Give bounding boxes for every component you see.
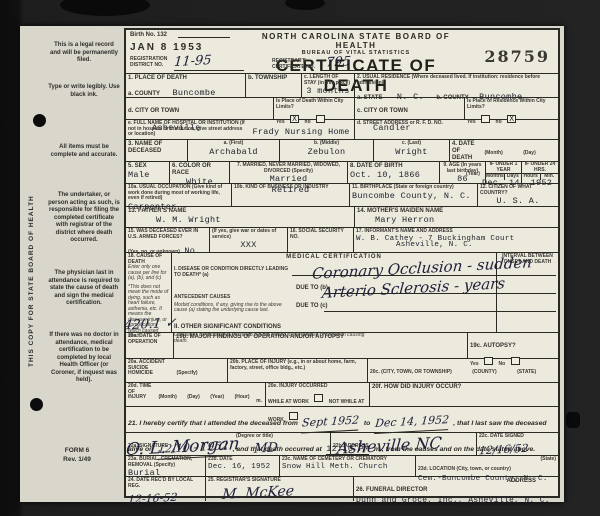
marital-value: Married xyxy=(232,174,345,184)
min-label: Min. xyxy=(541,174,559,180)
place-of-injury-label: 20b. PLACE OF INJURY (e.g., in or about … xyxy=(230,360,365,371)
injury-time-row: 20d. TIME OF INJURY (Month) (Day) (Year)… xyxy=(126,383,558,407)
other-conditions-label: II. OTHER SIGNIFICANT CONDITIONS xyxy=(174,324,281,330)
margin-note-type: Type or write legibly. Use black ink. xyxy=(48,84,120,99)
margin-note-physician: The physician last in attendance is requ… xyxy=(48,270,120,308)
residence-city-limits-label: Is Place of Residence Within City Limits… xyxy=(467,99,556,110)
mother-name-value: Mary Herron xyxy=(375,215,556,225)
township-label: b. TOWNSHIP xyxy=(248,75,299,82)
name-of-deceased-label: 3. NAME OF DECEASED xyxy=(128,141,185,155)
birth-no: Birth No. 132 xyxy=(130,32,167,39)
county-value: Buncombe xyxy=(172,88,215,98)
toi-m: m. xyxy=(256,399,262,405)
funeral-director-label: 26. FUNERAL DIRECTOR xyxy=(356,487,427,493)
margin-vertical-text: THIS COPY FOR STATE BOARD OF HEALTH xyxy=(28,156,40,406)
date-recd-value: 12-16-52 xyxy=(127,491,178,507)
days-label: Days xyxy=(505,174,521,180)
certify-from-date: Sept 1952 xyxy=(302,411,361,433)
how-injury-label: 20f. HOW DID INJURY OCCUR? xyxy=(372,384,556,391)
death-city-limits-label: Is Place of Death Within City Limits? xyxy=(276,99,352,110)
burial-row: 23a. BURIAL, CREMATION, REMOVAL (Specify… xyxy=(126,456,558,477)
antecedent-sub: Morbid conditions, if any, giving rise t… xyxy=(174,303,294,314)
citizen-value: U. S. A. xyxy=(480,196,556,206)
margin-note-complete: All items must be complete and accurate. xyxy=(48,144,120,159)
date-signed-label: 22c. DATE SIGNED xyxy=(479,434,556,440)
location-label: 23d. LOCATION (City, town, or country) xyxy=(418,466,511,472)
certificate-sheet: THIS COPY FOR STATE BOARD OF HEALTH This… xyxy=(20,26,564,502)
sex-label: 5. SEX xyxy=(128,163,167,170)
age-label: 9. AGE (In years last birthday) xyxy=(442,163,483,174)
place-of-death-label: 1. PLACE OF DEATH xyxy=(128,75,243,82)
date-of-birth-value: Oct. 10, 1866 xyxy=(350,170,437,180)
place-of-death-half: 1. PLACE OF DEATH a. COUNTY Buncombe b. … xyxy=(126,74,355,139)
while-at-work-label: WHILE AT WORK xyxy=(268,399,309,405)
name-row: 3. NAME OF DECEASED a. (First) Archabald… xyxy=(126,140,558,162)
age-value: 86 xyxy=(442,174,483,184)
cause-instruction: Enter only one cause per line for (a), (… xyxy=(128,265,169,282)
scan-artifact xyxy=(566,412,580,428)
cemetery-value: Snow Hill Meth. Church xyxy=(282,463,413,471)
usual-residence-half: 2. USUAL RESIDENCE (Where deceased lived… xyxy=(355,74,558,139)
usual-residence-label: 2. USUAL RESIDENCE (Where deceased lived… xyxy=(357,75,556,86)
registration-district-value: 11-95 xyxy=(173,53,212,70)
toi-day: (Day) xyxy=(187,394,200,400)
autopsy-label: 19c. AUTOPSY? xyxy=(470,343,516,349)
disease-leading-label: I. DISEASE OR CONDITION DIRECTLY LEADING… xyxy=(174,267,294,278)
last-name-value: Wright xyxy=(376,147,447,157)
scan-artifact xyxy=(60,0,150,16)
armed-forces-label: 15. WAS DECEASED EVER IN U.S. ARMED FORC… xyxy=(128,229,207,240)
operation-row: 19a. DATE OF OPERATION 19b. MAJOR FINDIN… xyxy=(126,333,558,359)
address-value: Asheville NC xyxy=(336,433,442,458)
cert-no-line xyxy=(322,70,402,71)
registrar-cert-l2: CERTIFICATE NO. xyxy=(272,65,315,71)
birth-no-line xyxy=(178,37,230,38)
board-title: NORTH CAROLINA STATE BOARD OF HEALTH xyxy=(246,32,466,50)
registration-district-label: REGISTRATION DISTRICT NO. xyxy=(130,57,167,68)
citizen-label: 12. CITIZEN OF WHAT COUNTRY? xyxy=(480,185,556,196)
occupation-label: 10a. USUAL OCCUPATION (Give kind of work… xyxy=(128,185,229,202)
sex-value: Male xyxy=(128,170,167,180)
certify-s1: 21. I hereby certify that I attended the… xyxy=(128,420,298,427)
date-recd-label: 24. DATE REC'D BY LOCAL REG. xyxy=(128,478,203,489)
burial-date-value: Dec. 16, 1952 xyxy=(208,463,277,471)
margin-note-undertaker: The undertaker, or person acting as such… xyxy=(48,192,120,245)
degree-label: (Degree or title) xyxy=(236,434,273,440)
injury-state-label: (STATE) xyxy=(517,369,536,375)
city-label: d. CITY OR TOWN xyxy=(128,108,179,114)
certification-statement: 21. I hereby certify that I attended the… xyxy=(126,407,558,433)
major-findings-label: 19b. MAJOR FINDINGS OF OPERATION AND/OR … xyxy=(176,334,465,341)
injury-county-label: (COUNTY) xyxy=(472,369,496,375)
funeral-director-value: Dunn and Groce, Inc., Asheville, N. C. xyxy=(356,496,556,505)
location-state-label: (State) xyxy=(540,457,556,463)
certify-s2: to xyxy=(364,420,370,427)
toi-hour: (Hour) xyxy=(235,394,250,400)
toi-year: (Year) xyxy=(210,394,224,400)
father-name-label: 13. FATHER'S NAME xyxy=(128,208,352,215)
street-address-label: d. STREET ADDRESS or R. F. D. NO. xyxy=(357,121,556,127)
first-name-value: Archabald xyxy=(190,147,277,157)
sex-race-row: 5. SEX Male 6. COLOR OR RACE White 7. MA… xyxy=(126,162,558,184)
signature-row: 22a. SIGNATURE (Degree or title) O. L. M… xyxy=(126,433,558,456)
occupation-row: 10a. USUAL OCCUPATION (Give kind of work… xyxy=(126,184,558,207)
margin-note-legal: This is a legal record and will be perma… xyxy=(48,42,120,65)
ssn-label: 16. SOCIAL SECURITY NO. xyxy=(290,229,351,240)
registrar-signature-label: 25. REGISTRAR'S SIGNATURE xyxy=(208,478,351,484)
accident-suicide-label: 20a. ACCIDENT SUICIDE HOMICIDE xyxy=(128,360,172,377)
antecedent-label: ANTECEDENT CAUSES xyxy=(174,294,230,300)
funeral-address-label: ADDRESS xyxy=(507,478,536,485)
injury-occurred-label: 20e. INJURY OCCURRED xyxy=(268,384,367,390)
burial-label: 23a. BURIAL, CREMATION, REMOVAL (Specify… xyxy=(128,457,203,468)
injury-city-label: 20c. (CITY, TOWN, OR TOWNSHIP) xyxy=(370,369,452,375)
while-at-work-checkbox xyxy=(314,394,323,402)
due-to-c-label: DUE TO (c) xyxy=(296,303,328,310)
date-received-stamp: JAN 8 1953 xyxy=(130,42,203,53)
injury-place-row: 20a. ACCIDENT SUICIDE HOMICIDE (Specify)… xyxy=(126,359,558,383)
hours-label: Hours xyxy=(522,174,541,180)
dod-day-label: (Day) xyxy=(523,150,536,156)
form-number: FORM 6 Rev. 1/49 xyxy=(54,446,100,464)
mother-name-label: 14. MOTHER'S MAIDEN NAME xyxy=(357,208,556,215)
date-signed-value: 12/16/52 xyxy=(478,441,528,457)
district-line xyxy=(174,70,244,71)
registrar-signature-value: M. McKee xyxy=(221,483,294,503)
registrar-cert-value: 795 xyxy=(325,54,351,70)
form-header: Birth No. 132 JAN 8 1953 REGISTRATION DI… xyxy=(126,30,558,74)
serial-number: 28759 xyxy=(484,47,550,66)
hospital-label: e. FULL NAME OF HOSPITAL OR INSTITUTION … xyxy=(128,121,248,138)
certify-to-date: Dec 14, 1952 xyxy=(374,411,450,434)
hole-punch xyxy=(33,114,46,127)
hole-punch xyxy=(30,398,43,411)
cause-of-death-block: 18. CAUSE OF DEATH Enter only one cause … xyxy=(126,253,558,333)
length-of-stay-label: c. LENGTH OF STAY (in this place) xyxy=(304,75,352,86)
length-of-stay-value: 3 months xyxy=(304,86,352,96)
war-dates-label: (If yes, give war or dates of service) xyxy=(212,229,285,240)
race-label: 6. COLOR OR RACE xyxy=(172,163,227,177)
time-of-injury-label: 20d. TIME OF INJURY xyxy=(128,384,154,401)
hospital-value: Frady Nursing Home xyxy=(252,127,349,137)
months-label: Months xyxy=(486,174,505,180)
registrar-cert-label: REGISTRAR'S CERTIFICATE NO. xyxy=(272,59,315,70)
birthplace-value: Buncombe County, N. C. xyxy=(352,191,475,201)
form-number-line: FORM 6 xyxy=(54,446,100,455)
war-dates-value: XXX xyxy=(212,240,285,250)
scanned-death-certificate: THIS COPY FOR STATE BOARD OF HEALTH This… xyxy=(0,0,600,516)
scan-artifact xyxy=(285,0,325,10)
toi-month: (Month) xyxy=(158,394,176,400)
parents-row: 13. FATHER'S NAME W. M. Wright 14. MOTHE… xyxy=(126,207,558,228)
certify-s3: , that I last saw the deceased xyxy=(453,420,546,427)
margin-note-no-doctor: If there was no doctor in attendance, me… xyxy=(48,332,120,385)
registrar-row: 24. DATE REC'D BY LOCAL REG. 12-16-52 25… xyxy=(126,477,558,501)
father-name-value: W. M. Wright xyxy=(156,215,352,225)
marital-label: 7. MARRIED, NEVER MARRIED, WIDOWED, DIVO… xyxy=(232,163,345,174)
dod-month-label: (Month) xyxy=(484,150,502,156)
service-informant-row: 15. WAS DECEASED EVER IN U.S. ARMED FORC… xyxy=(126,228,558,253)
specify-label: (Specify) xyxy=(176,370,197,376)
date-of-death-label: 4. DATE OF DEATH xyxy=(452,141,480,162)
cause-code-handwritten: 420.1 ✓ xyxy=(123,316,176,334)
degree-value: MD xyxy=(253,440,278,456)
date-of-operation-label: 19a. DATE OF OPERATION xyxy=(128,334,171,345)
death-certificate-form: Birth No. 132 JAN 8 1953 REGISTRATION DI… xyxy=(124,28,560,498)
residence-city-label: c. CITY OR TOWN xyxy=(357,108,408,114)
date-of-birth-label: 8. DATE OF BIRTH xyxy=(350,163,437,170)
place-residence-block: 1. PLACE OF DEATH a. COUNTY Buncombe b. … xyxy=(126,74,558,140)
registration-district-l2: DISTRICT NO. xyxy=(130,63,167,69)
form-revision: Rev. 1/49 xyxy=(54,455,100,464)
county-label: a. COUNTY xyxy=(128,91,160,97)
middle-name-value: Zebulon xyxy=(282,147,371,157)
